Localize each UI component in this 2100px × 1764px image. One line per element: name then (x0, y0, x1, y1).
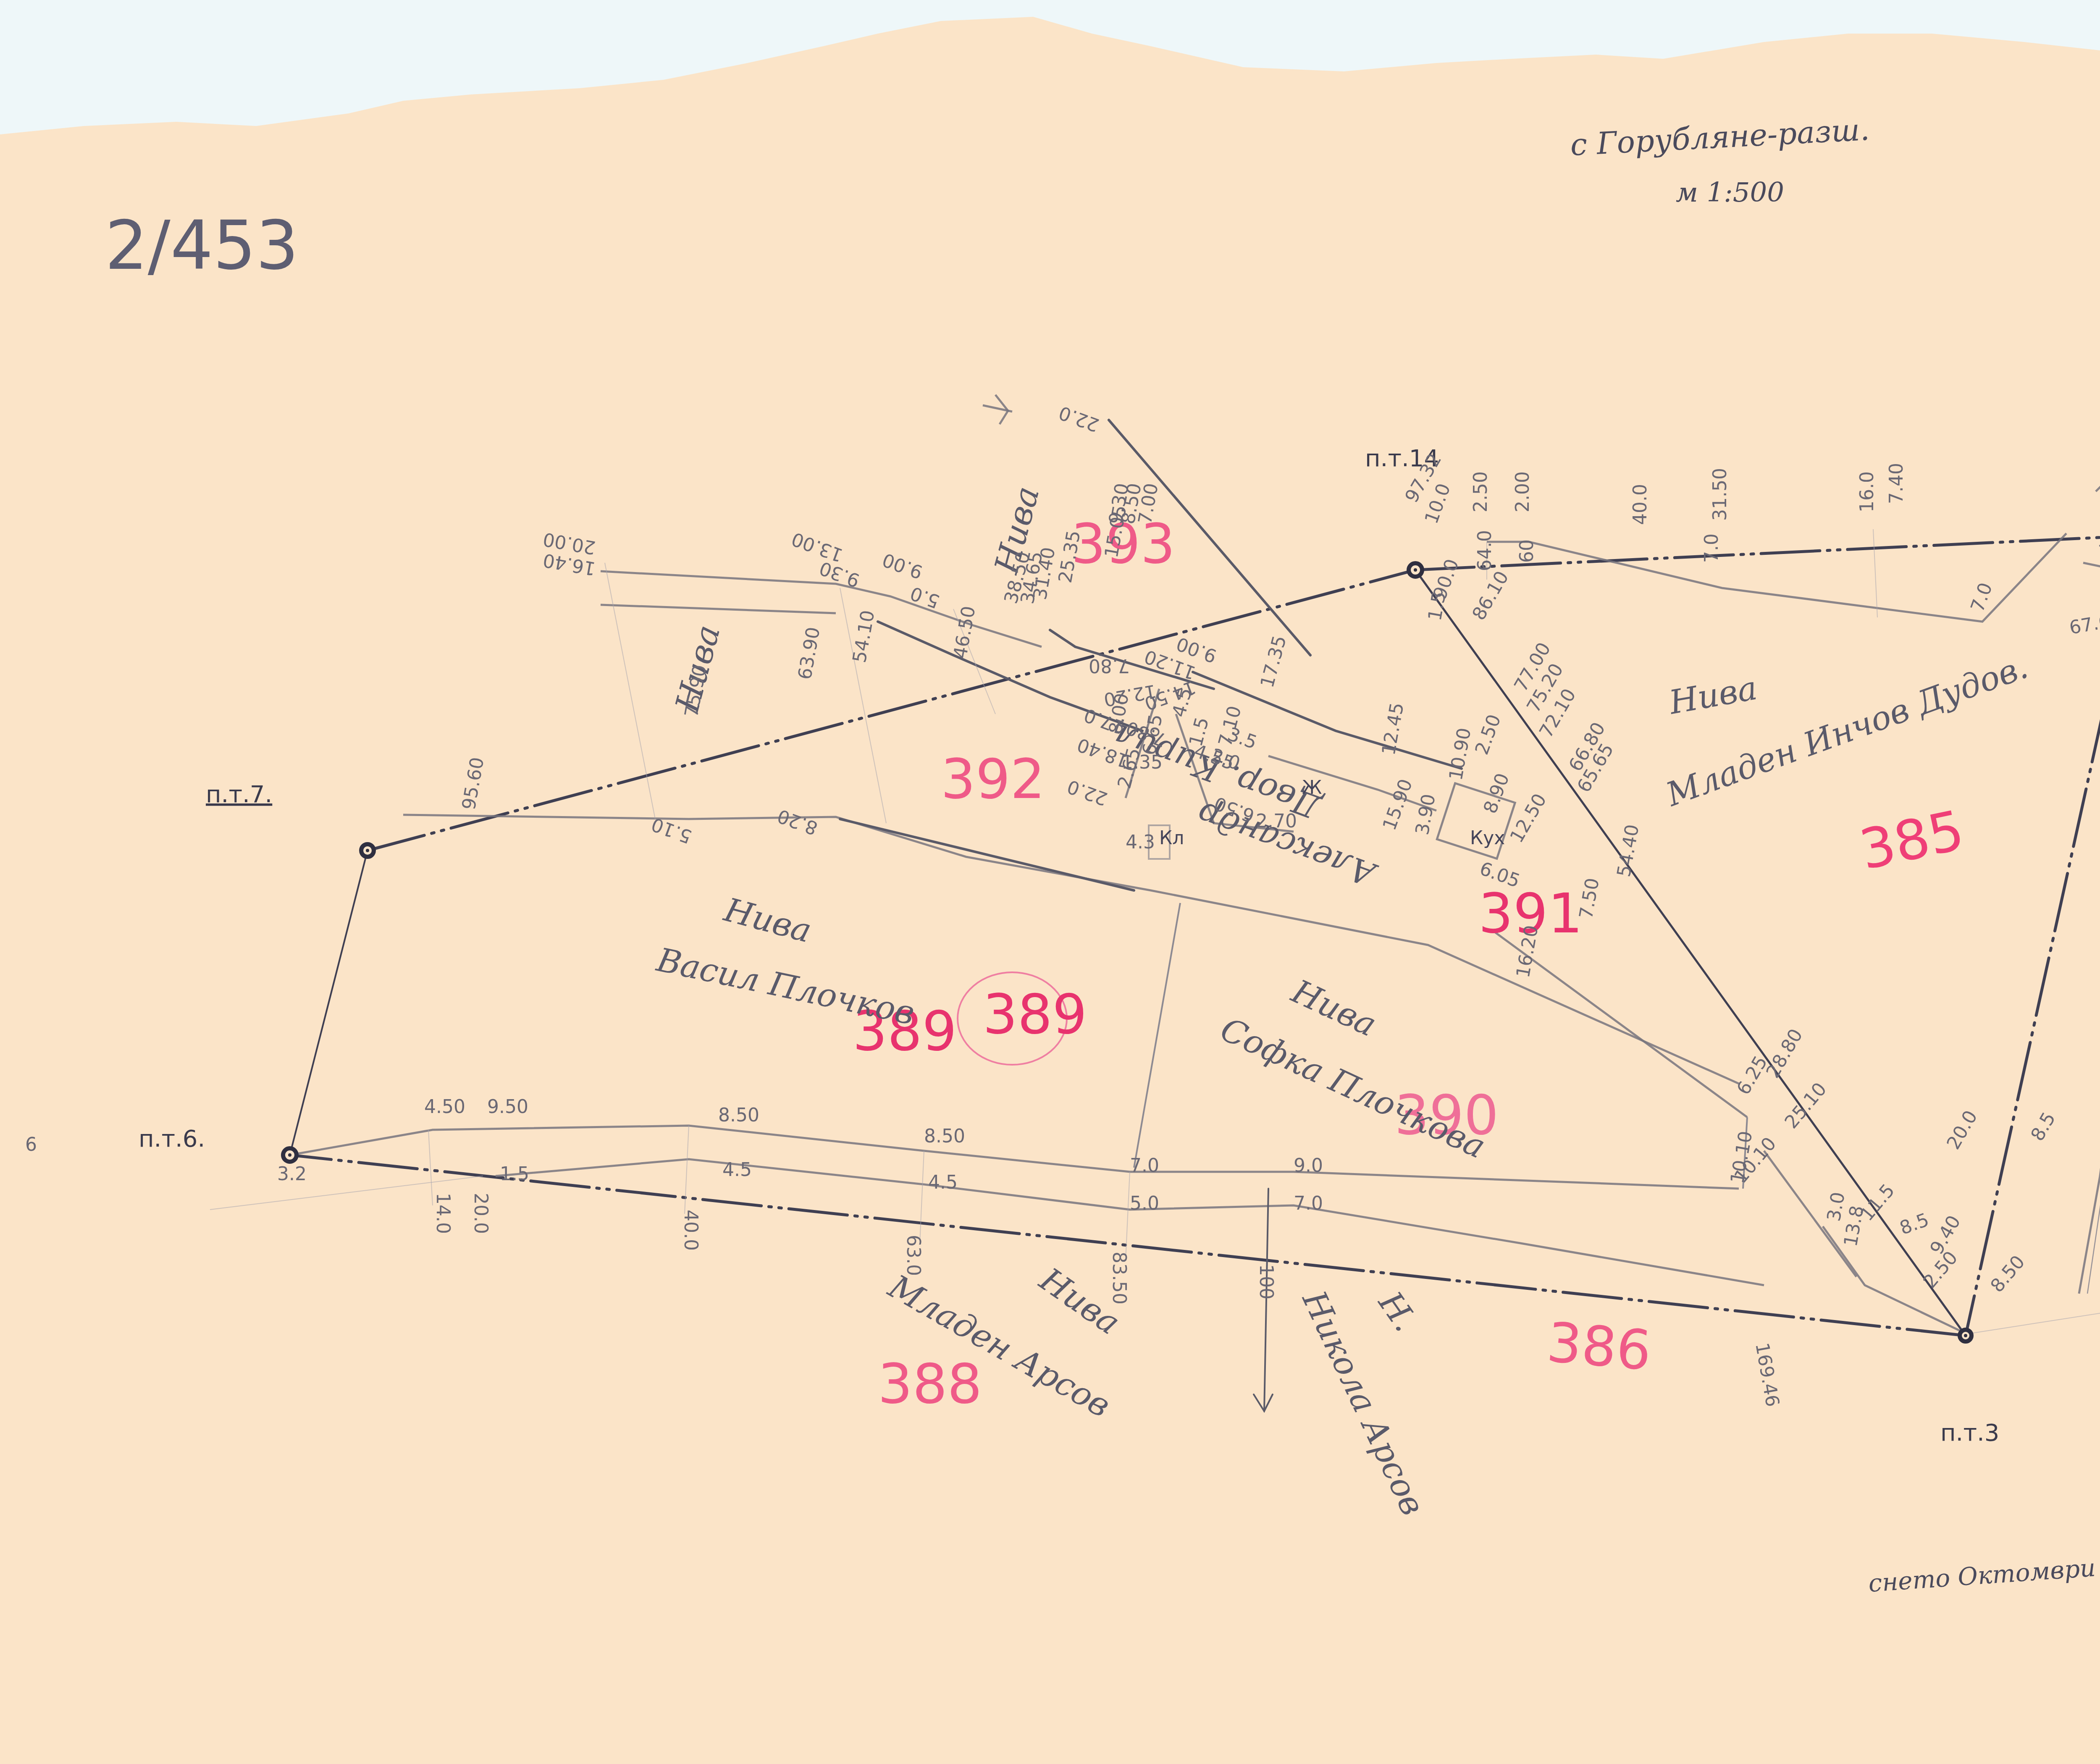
station-pt3-marker (1960, 1330, 1971, 1341)
measurement-label: 63.0 (903, 1235, 924, 1276)
station-label-pt6: п.т.6. (139, 1125, 205, 1152)
paper-sheet (0, 17, 2100, 1764)
parcel-number: 389 (983, 982, 1087, 1046)
measurement-label: 2.50 (1470, 471, 1491, 512)
measurement-label: 40.0 (1630, 484, 1651, 525)
measurement-label: 9.0 (1294, 1155, 1323, 1176)
station-pt6-marker (283, 1148, 297, 1162)
measurement-label: 8.50 (924, 1126, 965, 1147)
survey-sheet: п.т.2 п.т.3 п.т.6. п.т.7. п.т.14 2/453 с… (0, 0, 2100, 1764)
building-label: Ж (1302, 777, 1322, 798)
measurement-label: 60 (1516, 539, 1538, 563)
measurement-label: 64.0 (1474, 530, 1496, 571)
measurement-label: 9.50 (487, 1096, 528, 1118)
measurement-label: 14.0 (432, 1193, 454, 1234)
measurement-label: 6 (25, 1134, 37, 1155)
measurement-label: 4.5 (722, 1159, 752, 1181)
measurement-label: 7.0 (1130, 1155, 1159, 1176)
measurement-label: 7.40 (1886, 463, 1907, 504)
measurement-label: 16.0 (1856, 471, 1878, 512)
station-label-pt7: п.т.7. (206, 781, 272, 808)
measurement-label: 83.50 (1108, 1252, 1130, 1305)
measurement-label: 1.5 (500, 1163, 529, 1185)
parcel-number: 392 (941, 747, 1045, 811)
measurement-label: 2.00 (1512, 471, 1533, 512)
measurement-label: 8.50 (718, 1105, 759, 1126)
measurement-label: 7.80 (1089, 655, 1130, 676)
station-label-pt3: п.т.3 (1940, 1419, 1999, 1446)
measurement-label: 7.0 (1701, 533, 1722, 563)
station-pt7-marker (361, 844, 374, 857)
parcel-number: 388 (878, 1352, 982, 1416)
measurement-label: 4.5 (928, 1172, 958, 1193)
map-scale: м 1:500 (1676, 177, 1784, 208)
parcel-number: 386 (1544, 1310, 1654, 1383)
measurement-label: 3.2 (277, 1163, 307, 1185)
station-pt14-marker (1409, 563, 1422, 577)
measurement-label: 31.50 (1709, 468, 1731, 521)
sheet-number: 2/453 (105, 206, 299, 285)
measurement-label: 4.50 (424, 1096, 465, 1118)
measurement-label: 7.0 (1294, 1193, 1323, 1214)
measurement-label: 40.0 (680, 1210, 701, 1251)
measurement-label: 2.70 (1256, 811, 1297, 832)
measurement-label: 5.0 (1130, 1193, 1159, 1214)
measurement-label: 4.3 (1126, 832, 1155, 853)
building-label: Кл (1159, 827, 1184, 849)
measurement-label: 20.0 (470, 1193, 491, 1234)
building-label: Кух (1470, 827, 1505, 849)
measurement-label: 100 (1255, 1264, 1277, 1299)
